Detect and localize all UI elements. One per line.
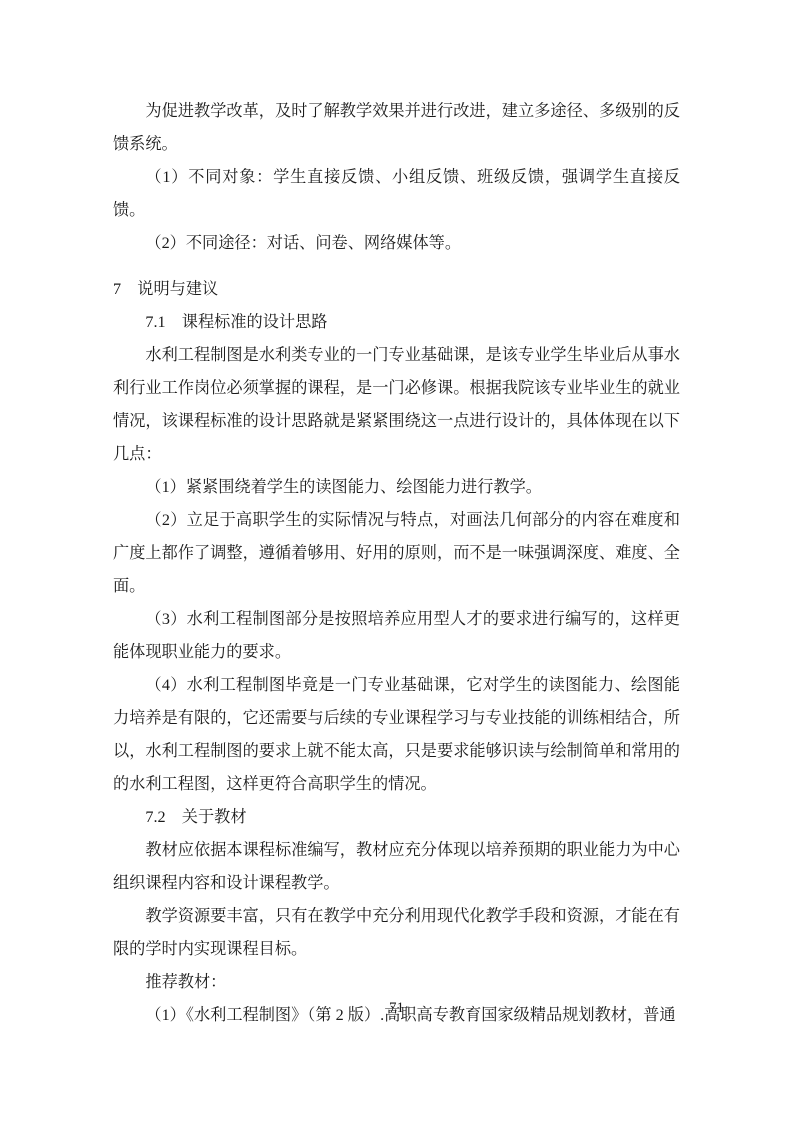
paragraph-textbook-basis: 教材应依据本课程标准编写，教材应充分体现以培养预期的职业能力为中心组织课程内容和… <box>113 834 680 900</box>
paragraph-recommended-label: 推荐教材： <box>113 966 680 999</box>
paragraph-design-point-4: （4）水利工程制图毕竟是一门专业基础课，它对学生的读图能力、绘图能力培养是有限的… <box>113 669 680 801</box>
section-heading-7-1: 7.1 课程标准的设计思路 <box>113 306 680 339</box>
document-body: 为促进教学改革，及时了解教学效果并进行改进，建立多途径、多级别的反馈系统。 （1… <box>113 95 680 1032</box>
paragraph-feedback-targets: （1）不同对象：学生直接反馈、小组反馈、班级反馈，强调学生直接反馈。 <box>113 161 680 227</box>
document-page: 为促进教学改革，及时了解教学效果并进行改进，建立多途径、多级别的反馈系统。 （1… <box>0 0 793 1122</box>
paragraph-teaching-resource: 教学资源要丰富，只有在教学中充分利用现代化教学手段和资源，才能在有限的学时内实现… <box>113 900 680 966</box>
paragraph-design-point-2: （2）立足于高职学生的实际情况与特点，对画法几何部分的内容在难度和广度上都作了调… <box>113 504 680 603</box>
page-footer: 71 <box>0 998 793 1018</box>
page-number: 71 <box>389 1000 404 1016</box>
section-heading-7-2: 7.2 关于教材 <box>113 801 680 834</box>
paragraph-feedback-channels: （2）不同途径：对话、问卷、网络媒体等。 <box>113 227 680 260</box>
paragraph-feedback-system: 为促进教学改革，及时了解教学效果并进行改进，建立多途径、多级别的反馈系统。 <box>113 95 680 161</box>
section-heading-7: 7 说明与建议 <box>113 273 680 306</box>
paragraph-design-intro: 水利工程制图是水利类专业的一门专业基础课，是该专业学生毕业后从事水利行业工作岗位… <box>113 339 680 471</box>
paragraph-design-point-3: （3）水利工程制图部分是按照培养应用型人才的要求进行编写的，这样更能体现职业能力… <box>113 603 680 669</box>
paragraph-design-point-1: （1）紧紧围绕着学生的读图能力、绘图能力进行教学。 <box>113 471 680 504</box>
